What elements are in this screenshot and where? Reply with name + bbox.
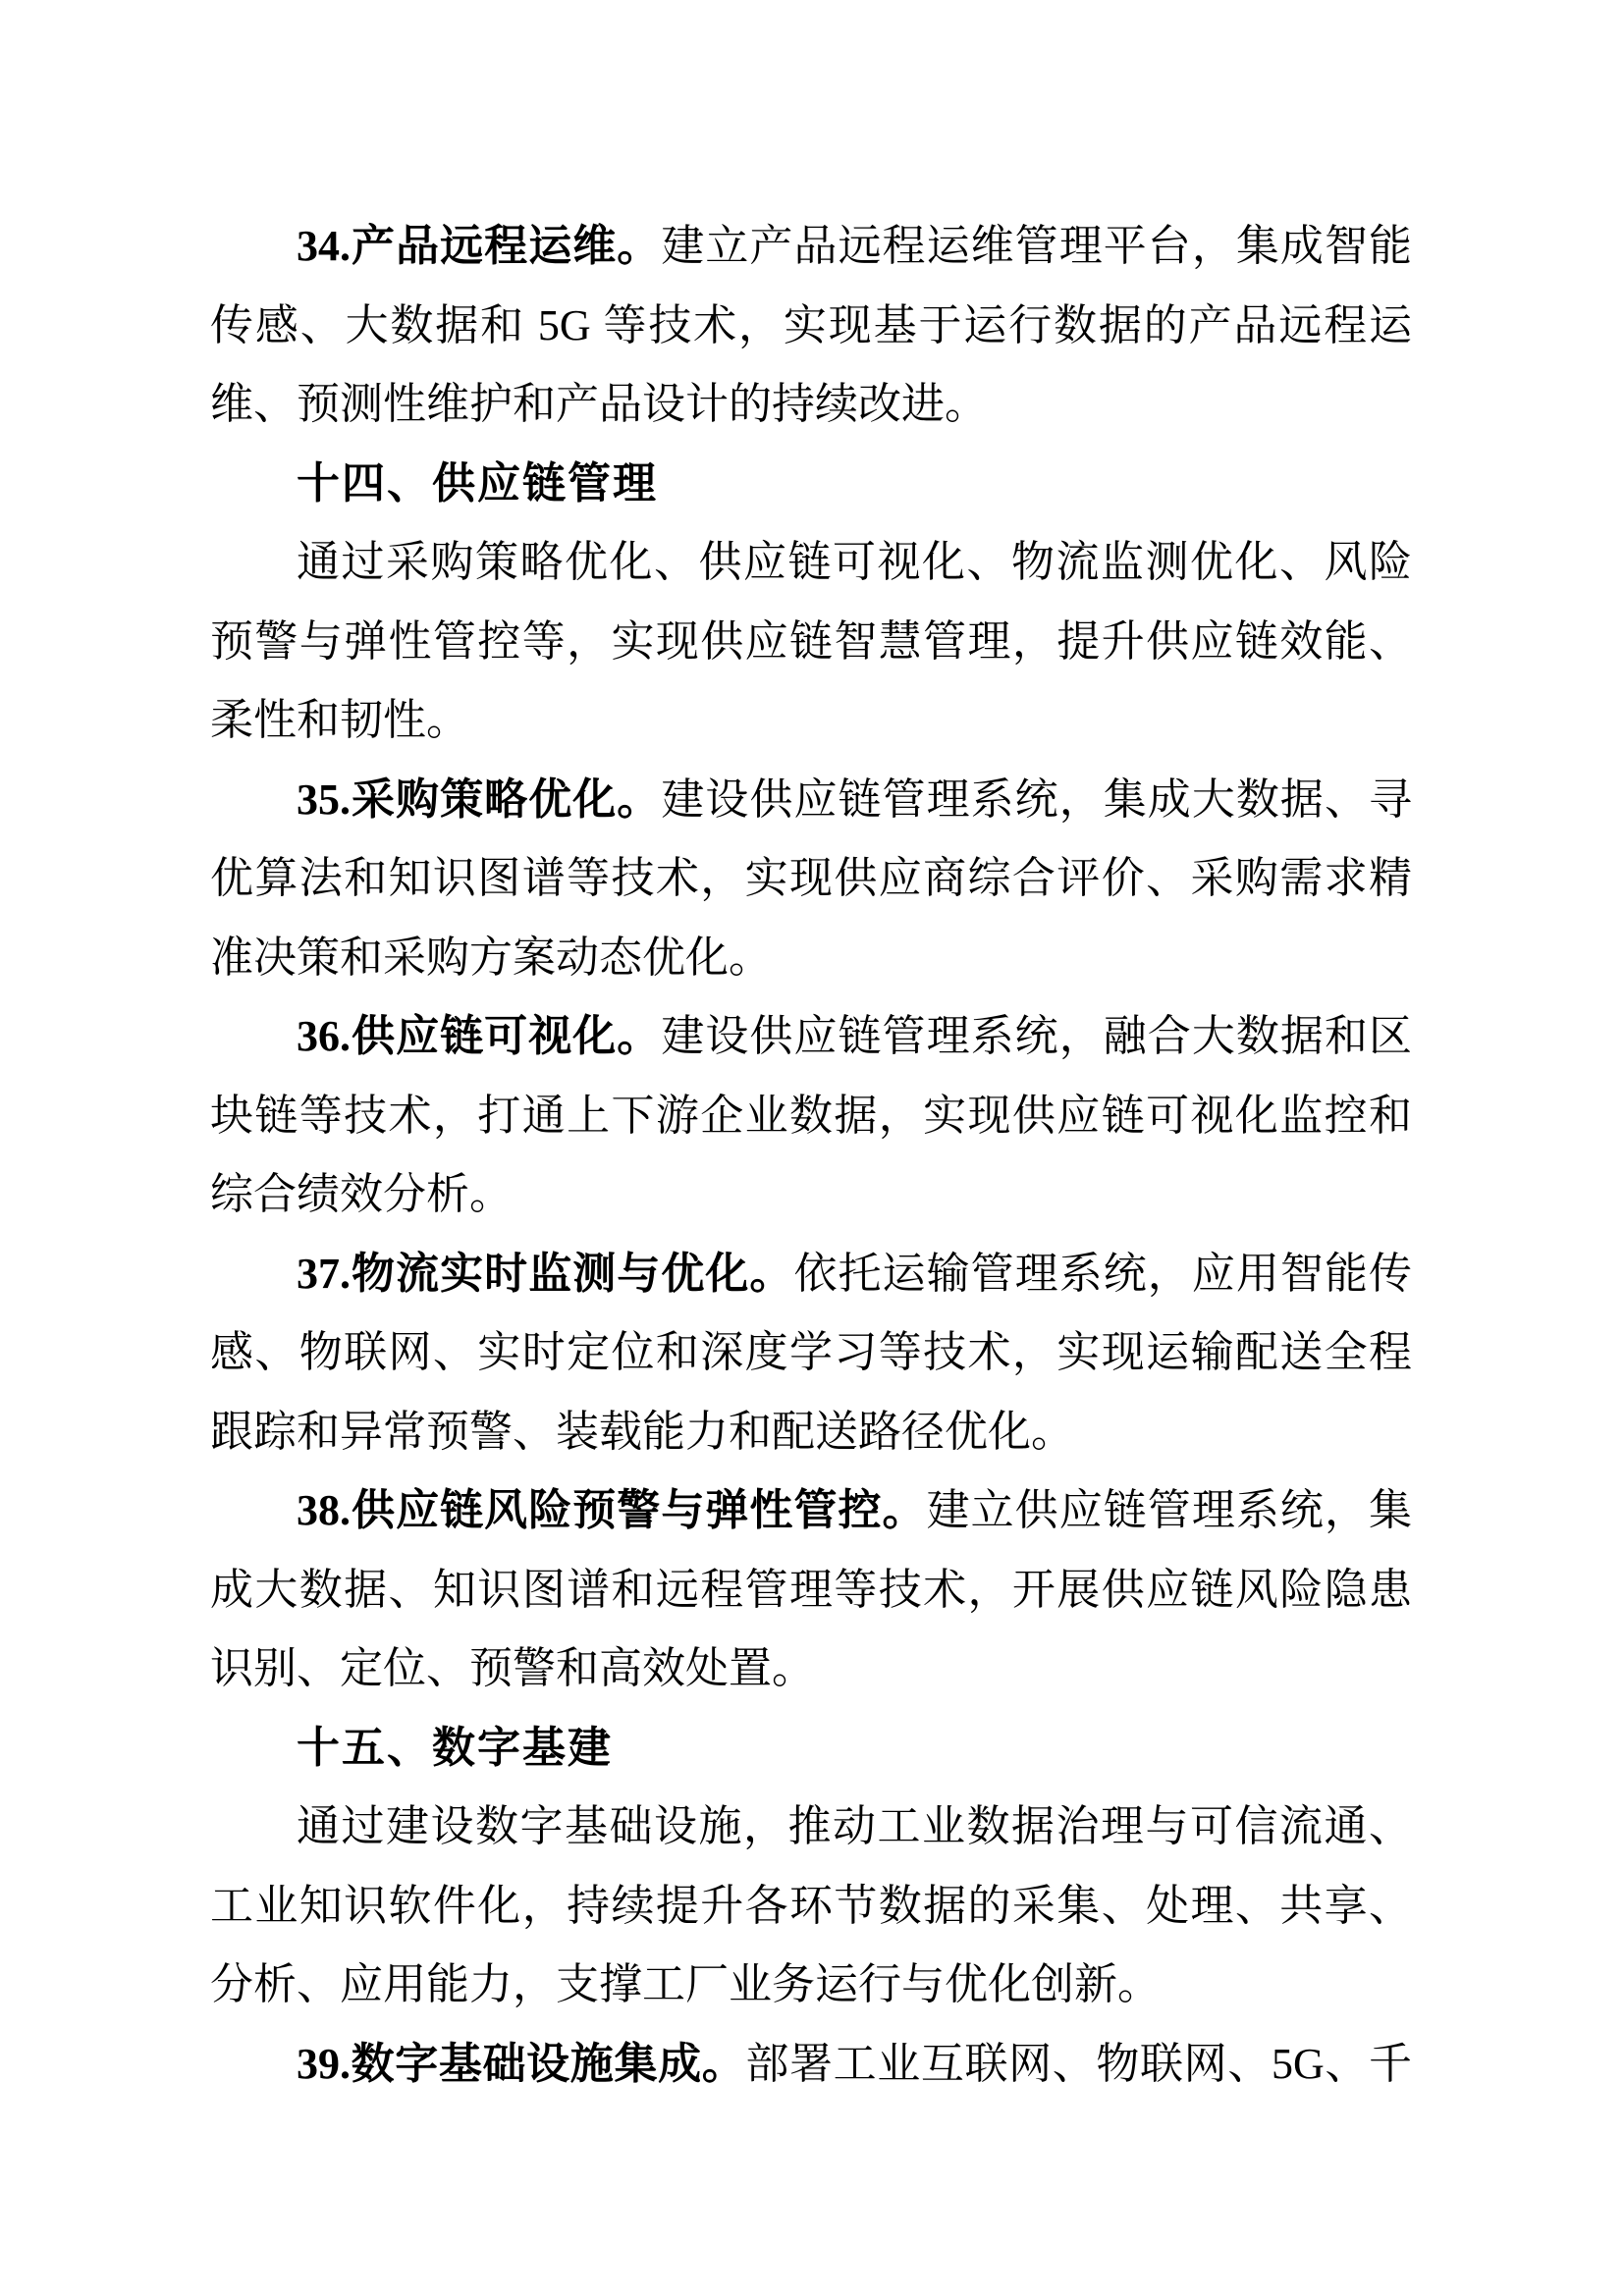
item-38: 38.供应链风险预警与弹性管控。建立供应链管理系统，集 成大数据、知识图谱和远程…: [210, 1471, 1412, 1709]
item-37-lead: 37.物流实时监测与优化。: [297, 1250, 793, 1298]
item-39-text: 部署工业互联网、物联网、5G、千: [745, 2040, 1412, 2088]
item-37: 37.物流实时监测与优化。依托运输管理系统，应用智能传 感、物联网、实时定位和深…: [210, 1235, 1412, 1472]
text-line: 柔性和韧性。: [210, 681, 1412, 761]
section-heading-15: 十五、数字基建: [210, 1709, 1412, 1789]
text-line: 37.物流实时监测与优化。依托运输管理系统，应用智能传: [210, 1235, 1412, 1314]
section-15: 十五、数字基建 通过建设数字基础设施，推动工业数据治理与可信流通、 工业知识软件…: [210, 1709, 1412, 2025]
item-38-lead: 38.供应链风险预警与弹性管控。: [297, 1486, 927, 1534]
text-line: 识别、定位、预警和高效处置。: [210, 1629, 1412, 1709]
item-35-lead: 35.采购策略优化。: [297, 775, 661, 824]
text-line: 工业知识软件化，持续提升各环节数据的采集、处理、共享、: [210, 1867, 1412, 1947]
text-line: 分析、应用能力，支撑工厂业务运行与优化创新。: [210, 1946, 1412, 2025]
item-34-lead: 34.产品远程运维。: [297, 222, 661, 270]
text-line: 通过建设数字基础设施，推动工业数据治理与可信流通、: [210, 1788, 1412, 1867]
text-line: 综合绩效分析。: [210, 1155, 1412, 1235]
text-line: 传感、大数据和 5G 等技术，实现基于运行数据的产品远程运: [210, 287, 1412, 366]
section-heading-14: 十四、供应链管理: [210, 445, 1412, 524]
text-line: 36.供应链可视化。建设供应链管理系统，融合大数据和区: [210, 997, 1412, 1077]
item-34-text: 建立产品远程运维管理平台，集成智能: [661, 222, 1412, 270]
item-36-text: 建设供应链管理系统，融合大数据和区: [661, 1012, 1412, 1060]
text-line: 预警与弹性管控等，实现供应链智慧管理，提升供应链效能、: [210, 603, 1412, 682]
text-line: 成大数据、知识图谱和远程管理等技术，开展供应链风险隐患: [210, 1551, 1412, 1630]
item-38-text: 建立供应链管理系统，集: [927, 1486, 1412, 1534]
text-line: 跟踪和异常预警、装载能力和配送路径优化。: [210, 1393, 1412, 1472]
text-line: 块链等技术，打通上下游企业数据，实现供应链可视化监控和: [210, 1077, 1412, 1156]
text-line: 35.采购策略优化。建设供应链管理系统，集成大数据、寻: [210, 761, 1412, 840]
section-14: 十四、供应链管理 通过采购策略优化、供应链可视化、物流监测优化、风险 预警与弹性…: [210, 445, 1412, 761]
item-36: 36.供应链可视化。建设供应链管理系统，融合大数据和区 块链等技术，打通上下游企…: [210, 997, 1412, 1235]
text-line: 通过采购策略优化、供应链可视化、物流监测优化、风险: [210, 523, 1412, 603]
text-line: 维、预测性维护和产品设计的持续改进。: [210, 365, 1412, 445]
text-line: 39.数字基础设施集成。部署工业互联网、物联网、5G、千: [210, 2025, 1412, 2105]
item-39-lead: 39.数字基础设施集成。: [297, 2040, 745, 2088]
item-39: 39.数字基础设施集成。部署工业互联网、物联网、5G、千: [210, 2025, 1412, 2105]
item-35: 35.采购策略优化。建设供应链管理系统，集成大数据、寻 优算法和知识图谱等技术，…: [210, 761, 1412, 998]
item-36-lead: 36.供应链可视化。: [297, 1012, 661, 1060]
text-line: 优算法和知识图谱等技术，实现供应商综合评价、采购需求精: [210, 839, 1412, 919]
text-line: 34.产品远程运维。建立产品远程运维管理平台，集成智能: [210, 207, 1412, 287]
text-line: 准决策和采购方案动态优化。: [210, 919, 1412, 998]
text-line: 感、物联网、实时定位和深度学习等技术，实现运输配送全程: [210, 1313, 1412, 1393]
item-35-text: 建设供应链管理系统，集成大数据、寻: [661, 775, 1412, 824]
item-37-text: 依托运输管理系统，应用智能传: [793, 1250, 1412, 1298]
text-line: 38.供应链风险预警与弹性管控。建立供应链管理系统，集: [210, 1471, 1412, 1551]
item-34: 34.产品远程运维。建立产品远程运维管理平台，集成智能 传感、大数据和 5G 等…: [210, 207, 1412, 445]
document-page: 34.产品远程运维。建立产品远程运维管理平台，集成智能 传感、大数据和 5G 等…: [0, 0, 1624, 2296]
